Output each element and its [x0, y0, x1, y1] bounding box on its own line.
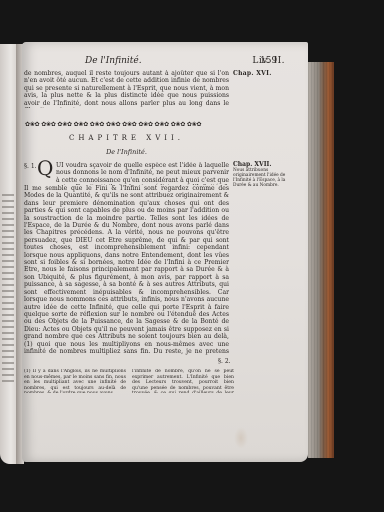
top-paragraph: de nombres, auquel il reste toujours aut… [24, 70, 229, 108]
section-mark: §. 1. [24, 163, 37, 170]
drop-cap: Q [37, 158, 53, 178]
page-number: 159 [260, 56, 277, 66]
page-edge-lines [308, 62, 334, 458]
chapter-paragraph-2: Il me semble que le Fini & l'Infini sont… [24, 185, 229, 355]
running-head: De l'Infinité. Liv. II. 159 [85, 56, 285, 66]
ornament-band: ✿❀✿ ✿❀✿ ✿❀✿ ✿❀✿ ✿❀✿ ✿❀✿ ✿❀✿ ✿❀✿ ✿❀✿ ✿❀✿ … [25, 121, 225, 128]
margin-note-text: Nous attribuons originairement l'idée de… [233, 168, 285, 188]
book-fore-edge [308, 62, 334, 458]
catchword: §. 2. [218, 358, 231, 365]
paper-stain [234, 427, 248, 449]
left-page-text-fragment [2, 194, 14, 384]
margin-note: Chap. XVII. Nous attribuons originaireme… [233, 162, 288, 188]
margin-note-label: Chap. XVII. [233, 162, 288, 167]
footnote-column-2: l'infinité de nombre, qu'on ne se peut e… [132, 369, 234, 393]
book-page: De l'Infinité. Liv. II. 159 de nombres, … [22, 42, 308, 462]
chapter-subtitle: De l'Infinité. [24, 148, 229, 156]
margin-label-chap-xvi: Chap. XVI. [233, 70, 272, 77]
footnote-column-1: (1) Il y a dans l'Anglois, ils ne multip… [24, 369, 126, 393]
running-head-title: De l'Infinité. [85, 56, 142, 66]
chapter-paragraph-1: UI voudra sçavoir de quelle espèce est l… [56, 162, 229, 185]
chapter-title: CHAPITRE XVII. [24, 134, 229, 142]
footnotes: (1) Il y a dans l'Anglois, ils ne multip… [24, 369, 234, 393]
